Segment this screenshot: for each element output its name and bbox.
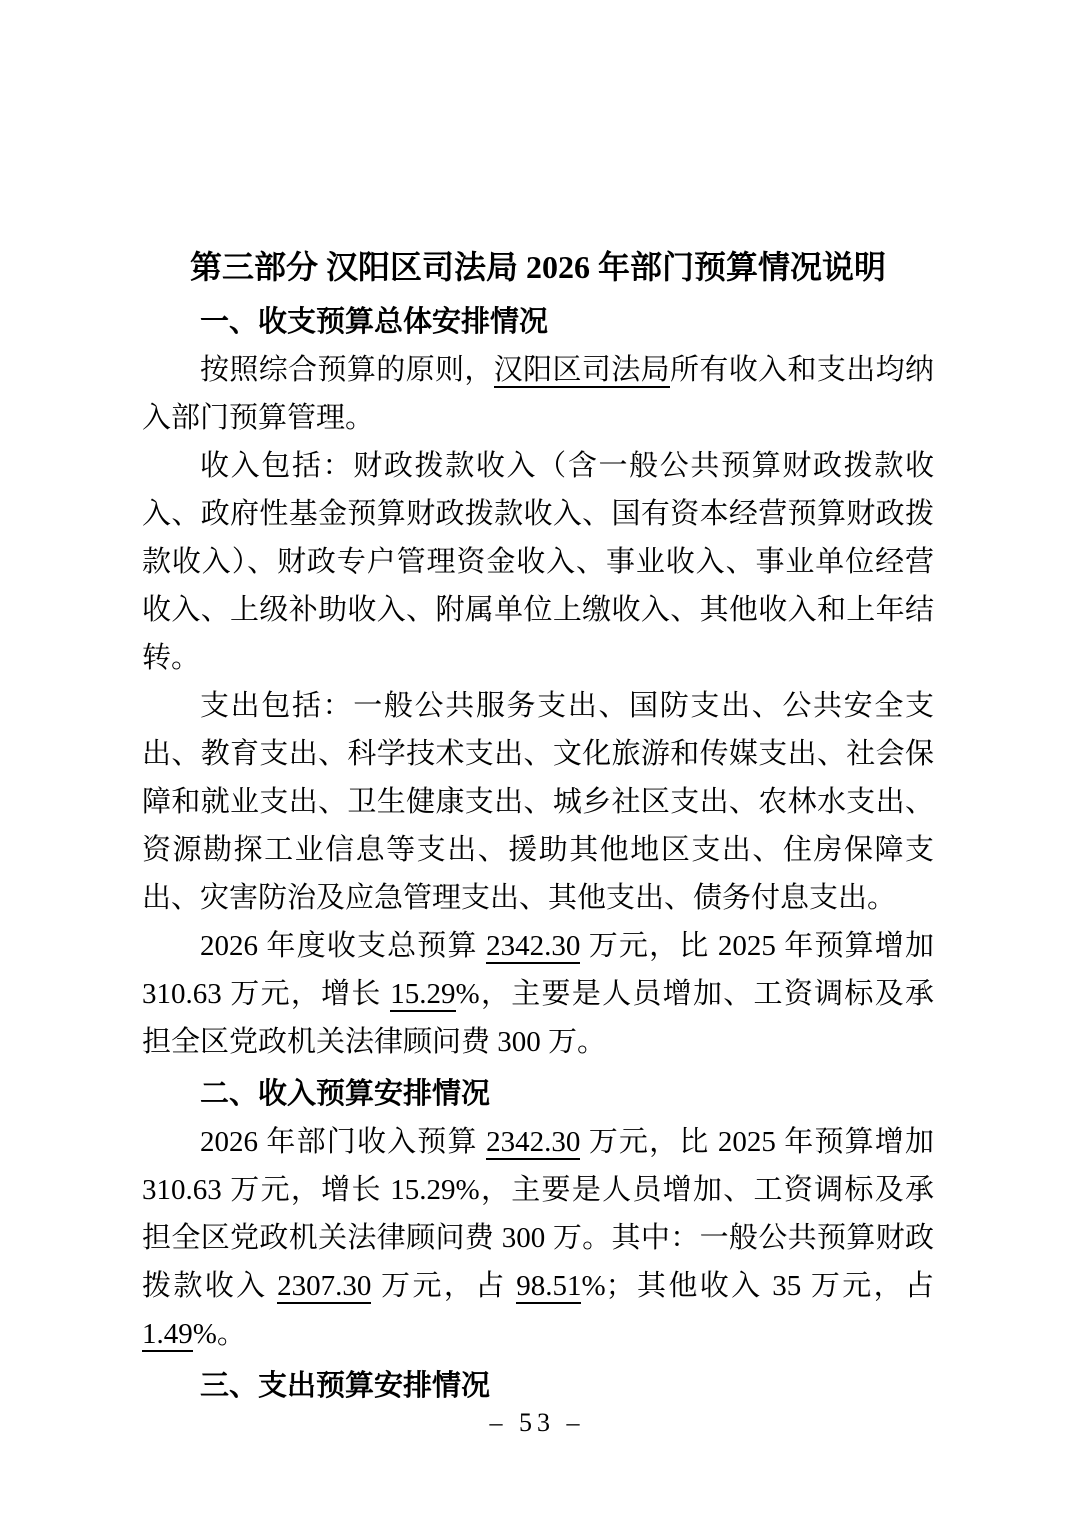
paragraph-income-budget: 2026 年部门收入预算 2342.30 万元，比 2025 年预算增加 310… bbox=[142, 1118, 934, 1358]
text-run: 收入包括：财政拨款收入（含一般公共预算财政拨款收入、政府性基金预算财政拨款收入、… bbox=[142, 450, 934, 674]
paragraph-income-includes: 收入包括：财政拨款收入（含一般公共预算财政拨款收入、政府性基金预算财政拨款收入、… bbox=[142, 442, 934, 682]
text-run: 万元，占 bbox=[371, 1270, 516, 1302]
paragraph-budget-principle: 按照综合预算的原则，汉阳区司法局所有收入和支出均纳入部门预算管理。 bbox=[142, 346, 934, 442]
document-page: 第三部分 汉阳区司法局 2026 年部门预算情况说明 一、收支预算总体安排情况 … bbox=[0, 0, 1074, 1520]
text-run: %。 bbox=[193, 1318, 246, 1350]
text-run: 2026 年度收支总预算 bbox=[200, 930, 486, 962]
underlined-income-budget-value: 2342.30 bbox=[486, 1126, 580, 1160]
section-heading-expenditure-budget: 三、支出预算安排情况 bbox=[142, 1362, 934, 1410]
underlined-department-name: 汉阳区司法局 bbox=[494, 354, 670, 388]
page-number: – 53 – bbox=[0, 1405, 1074, 1441]
text-run: 2026 年部门收入预算 bbox=[200, 1126, 486, 1158]
text-run: 按照综合预算的原则， bbox=[200, 354, 494, 386]
document-body: 第三部分 汉阳区司法局 2026 年部门预算情况说明 一、收支预算总体安排情况 … bbox=[142, 242, 934, 1410]
text-run: 支出包括：一般公共服务支出、国防支出、公共安全支出、教育支出、科学技术支出、文化… bbox=[142, 690, 934, 914]
underlined-total-budget-value: 2342.30 bbox=[486, 930, 580, 964]
underlined-public-budget-allocation-value: 2307.30 bbox=[277, 1270, 371, 1304]
section-heading-income-budget: 二、收入预算安排情况 bbox=[142, 1070, 934, 1118]
text-run: %；其他收入 35 万元，占 bbox=[581, 1270, 934, 1302]
underlined-allocation-percent-value: 98.51 bbox=[516, 1270, 581, 1304]
page-title: 第三部分 汉阳区司法局 2026 年部门预算情况说明 bbox=[142, 242, 934, 292]
section-heading-overall-budget: 一、收支预算总体安排情况 bbox=[142, 298, 934, 346]
underlined-growth-rate-value: 15.29 bbox=[390, 978, 455, 1012]
paragraph-expenditure-includes: 支出包括：一般公共服务支出、国防支出、公共安全支出、教育支出、科学技术支出、文化… bbox=[142, 682, 934, 922]
underlined-other-income-percent-value: 1.49 bbox=[142, 1318, 193, 1352]
paragraph-total-budget: 2026 年度收支总预算 2342.30 万元，比 2025 年预算增加 310… bbox=[142, 922, 934, 1066]
